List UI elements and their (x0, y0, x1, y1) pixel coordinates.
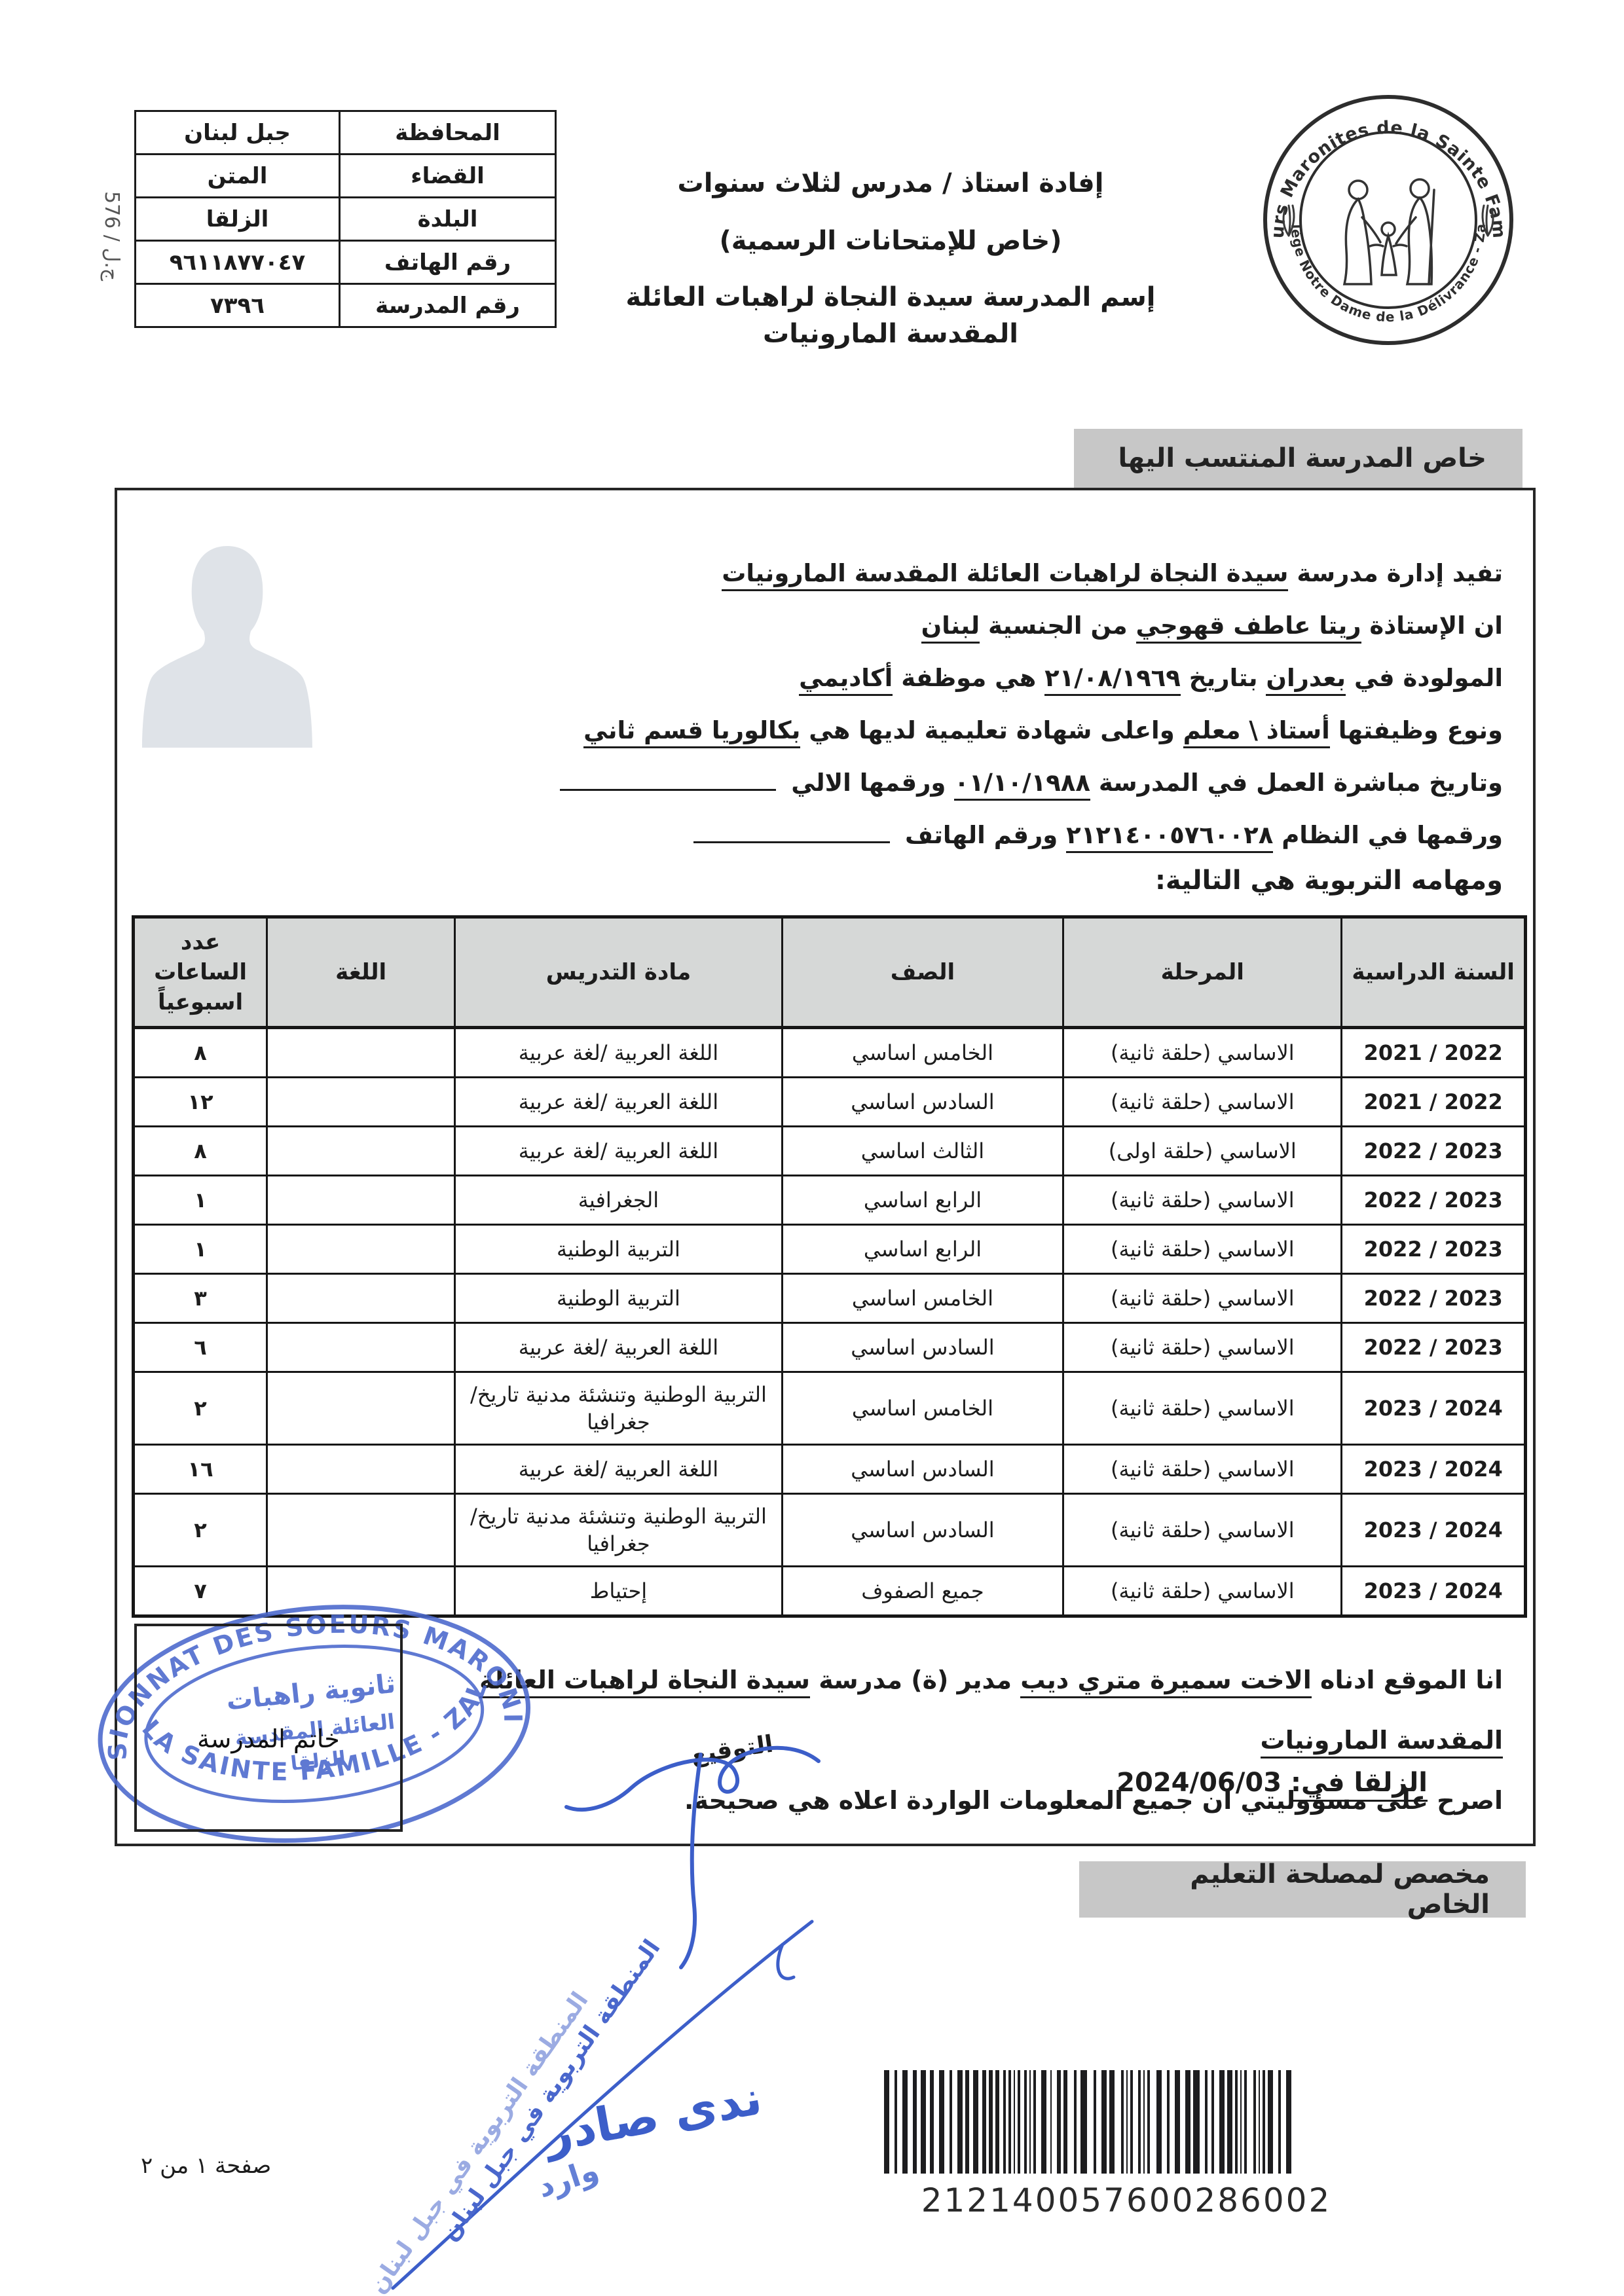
teacher-name-underlined: ريتا عاطف قهوجي (1136, 611, 1361, 644)
cell-language (267, 1274, 455, 1323)
cell-language (267, 1078, 455, 1127)
cell-subject: اللغة العربية /لغة عربية (455, 1127, 783, 1176)
statement-text: بتاريخ (1181, 664, 1266, 692)
cell-stage: الاساسي (حلقة ثانية) (1063, 1176, 1342, 1225)
date-line: الزلقا في: 2024/06/03 (1116, 1768, 1428, 1798)
cell-grade: الخامس اساسي (782, 1274, 1063, 1323)
statement-text: واعلى شهادة تعليمية لديها هي (800, 716, 1183, 744)
cell-hours: ٨ (134, 1028, 267, 1078)
cell-language (267, 1028, 455, 1078)
header-year: السنة الدراسية (1342, 917, 1526, 1028)
cell-grade: السادس اساسي (782, 1445, 1063, 1494)
date-label: الزلقا في: (1291, 1768, 1428, 1802)
cell-subject: الجغرافية (455, 1176, 783, 1225)
table-row: البلدة الزلقا (136, 198, 556, 241)
cell-stage: الاساسي (حلقة اولى) (1063, 1127, 1342, 1176)
cell-stage: الاساسي (حلقة ثانية) (1063, 1274, 1342, 1323)
cell-stage: الاساسي (حلقة ثانية) (1063, 1372, 1342, 1445)
cell-stage: الاساسي (حلقة ثانية) (1063, 1225, 1342, 1274)
seal-box: خاتم المدرسة (134, 1624, 403, 1832)
cell-grade: جميع الصفوف (782, 1567, 1063, 1616)
cell-language (267, 1176, 455, 1225)
table-row: 2022 / 2023الاساسي (حلقة ثانية)الخامس اس… (134, 1274, 1526, 1323)
cell-year: 2022 / 2023 (1342, 1323, 1526, 1372)
table-row: 2023 / 2024الاساسي (حلقة ثانية)السادس اس… (134, 1445, 1526, 1494)
cell-language (267, 1127, 455, 1176)
seal-box-label: خاتم المدرسة (137, 1724, 400, 1753)
scanned-document-page: 576 / ج.ل المحافظة جبل لبنان القضاء المت… (0, 0, 1624, 2296)
table-row: 2022 / 2023الاساسي (حلقة ثانية)السادس اس… (134, 1323, 1526, 1372)
statement-line: ونوع وظيفتها أستاذ \ معلم واعلى شهادة تع… (429, 704, 1503, 757)
barcode-bars (884, 2070, 1369, 2174)
cell-hours: ٦ (134, 1323, 267, 1372)
statement-text: ورقمها الالي (783, 769, 954, 797)
table-header-row: السنة الدراسية المرحلة الصف مادة التدريس… (134, 917, 1526, 1028)
info-label: القضاء (340, 155, 556, 198)
cell-grade: الرابع اساسي (782, 1176, 1063, 1225)
table-row: 2022 / 2023الاساسي (حلقة اولى)الثالث اسا… (134, 1127, 1526, 1176)
cell-year: 2022 / 2023 (1342, 1225, 1526, 1274)
cell-stage: الاساسي (حلقة ثانية) (1063, 1567, 1342, 1616)
cell-year: 2023 / 2024 (1342, 1445, 1526, 1494)
cell-year: 2023 / 2024 (1342, 1494, 1526, 1567)
cell-year: 2023 / 2024 (1342, 1567, 1526, 1616)
cell-subject: التربية الوطنية وتنشئة مدنية تاريخ/ جغرا… (455, 1372, 783, 1445)
statement-text: من الجنسية (980, 611, 1135, 640)
statement-line: ان الإستاذة ريتا عاطف قهوجي من الجنسية ل… (429, 600, 1503, 652)
title-line-2: (خاص للإمتحانات الرسمية) (609, 223, 1172, 259)
title-line-3: إسم المدرسة سيدة النجاة لراهبات العائلة … (609, 279, 1172, 352)
wheat-sprig-icon (1283, 206, 1493, 236)
cell-hours: ٨ (134, 1127, 267, 1176)
cell-subject: التربية الوطنية (455, 1274, 783, 1323)
principal-name-underlined: الاخت سميرة متري ديب (1020, 1666, 1312, 1698)
info-value: جبل لبنان (136, 111, 340, 155)
family-figures-icon (1344, 179, 1434, 284)
cell-grade: الخامس اساسي (782, 1028, 1063, 1078)
cell-grade: الخامس اساسي (782, 1372, 1063, 1445)
cell-hours: ١٦ (134, 1445, 267, 1494)
blank-field-line (560, 769, 776, 791)
cell-subject: اللغة العربية /لغة عربية (455, 1028, 783, 1078)
blank-field-line (693, 822, 890, 843)
job-title-underlined: أستاذ \ معلم (1183, 716, 1330, 748)
info-label: رقم المدرسة (340, 284, 556, 327)
statement-line: وتاريخ مباشرة العمل في المدرسة ٠١/١٠/١٩٨… (429, 757, 1503, 809)
cell-subject: اللغة العربية /لغة عربية (455, 1078, 783, 1127)
cell-year: 2021 / 2022 (1342, 1028, 1526, 1078)
table-row: القضاء المتن (136, 155, 556, 198)
table-row: رقم المدرسة ٧٣٩٦ (136, 284, 556, 327)
system-number-underlined: ٢١٢١٤٠٠٥٧٦٠٠٢٨ (1066, 821, 1273, 853)
duties-table: السنة الدراسية المرحلة الصف مادة التدريس… (132, 915, 1527, 1618)
table-row: المحافظة جبل لبنان (136, 111, 556, 155)
statement-text: هي موظفة (893, 664, 1044, 692)
photo-placeholder (133, 529, 322, 748)
cell-grade: السادس اساسي (782, 1323, 1063, 1372)
cell-subject: التربية الوطنية (455, 1225, 783, 1274)
person-silhouette-icon (133, 529, 322, 748)
cell-grade: الثالث اساسي (782, 1127, 1063, 1176)
birthplace-underlined: بعدران (1266, 664, 1346, 696)
cell-grade: السادس اساسي (782, 1494, 1063, 1567)
cell-language (267, 1225, 455, 1274)
table-row: 2022 / 2023الاساسي (حلقة ثانية)الرابع اس… (134, 1176, 1526, 1225)
barcode-number: 212140057600286002 (884, 2181, 1369, 2219)
header-stage: المرحلة (1063, 917, 1342, 1028)
cell-stage: الاساسي (حلقة ثانية) (1063, 1494, 1342, 1567)
svg-text:Sœurs Maronites de la Sainte F: Sœurs Maronites de la Sainte Famille (1259, 90, 1509, 240)
cell-hours: ٢ (134, 1372, 267, 1445)
header-subject: مادة التدريس (455, 917, 783, 1028)
cell-year: 2022 / 2023 (1342, 1127, 1526, 1176)
cell-subject: اللغة العربية /لغة عربية (455, 1323, 783, 1372)
cell-stage: الاساسي (حلقة ثانية) (1063, 1028, 1342, 1078)
cell-hours: ١٢ (134, 1078, 267, 1127)
statement-text: ورقم الهاتف (896, 821, 1066, 849)
cell-hours: ٣ (134, 1274, 267, 1323)
section-header-bar: خاص المدرسة المنتسب اليها (1074, 429, 1522, 488)
page-footer: صفحة ١ من ٢ (141, 2153, 271, 2179)
info-label: المحافظة (340, 111, 556, 155)
holy-family-seal-icon: Sœurs Maronites de la Sainte Famille Col… (1259, 90, 1518, 350)
title-line-1: إفادة استاذ / مدرس لثلاث سنوات (609, 165, 1172, 202)
cell-grade: السادس اساسي (782, 1078, 1063, 1127)
cell-hours: ١ (134, 1176, 267, 1225)
info-label: رقم الهاتف (340, 241, 556, 284)
table-row: رقم الهاتف ٩٦١١٨٧٧٠٤٧ (136, 241, 556, 284)
statement-line: ورقمها في النظام ٢١٢١٤٠٠٥٧٦٠٠٢٨ ورقم اله… (429, 809, 1503, 862)
cell-year: 2021 / 2022 (1342, 1078, 1526, 1127)
document-title: إفادة استاذ / مدرس لثلاث سنوات (خاص للإم… (609, 165, 1172, 352)
cell-language (267, 1494, 455, 1567)
cell-grade: الرابع اساسي (782, 1225, 1063, 1274)
barcode: 212140057600286002 (884, 2070, 1369, 2219)
cell-hours: ١ (134, 1225, 267, 1274)
margin-reference-code: 576 / ج.ل (100, 191, 123, 281)
table-row: 2022 / 2023الاساسي (حلقة ثانية)الرابع اس… (134, 1225, 1526, 1274)
cell-stage: الاساسي (حلقة ثانية) (1063, 1445, 1342, 1494)
employee-type-underlined: أكاديمي (799, 664, 893, 696)
statement-line: تفيد إدارة مدرسة سيدة النجاة لراهبات الع… (429, 547, 1503, 600)
statement-text: تفيد إدارة مدرسة (1288, 559, 1503, 587)
statement-text: ان الإستاذة (1361, 611, 1503, 640)
table-row: 2021 / 2022الاساسي (حلقة ثانية)الخامس اس… (134, 1028, 1526, 1078)
info-label: البلدة (340, 198, 556, 241)
declaration-text: مدير (ة) مدرسة (810, 1666, 1020, 1694)
cell-language (267, 1323, 455, 1372)
cell-subject: التربية الوطنية وتنشئة مدنية تاريخ/ جغرا… (455, 1494, 783, 1567)
school-name-underlined: سيدة النجاة لراهبات العائلة المقدسة الما… (722, 559, 1288, 591)
table-row: 2023 / 2024الاساسي (حلقة ثانية)السادس اس… (134, 1494, 1526, 1567)
info-value: ٩٦١١٨٧٧٠٤٧ (136, 241, 340, 284)
birthdate-underlined: ٢١/٠٨/١٩٦٩ (1044, 664, 1181, 696)
cell-year: 2022 / 2023 (1342, 1176, 1526, 1225)
info-value: المتن (136, 155, 340, 198)
school-info-table: المحافظة جبل لبنان القضاء المتن البلدة ا… (134, 110, 557, 328)
date-value: 2024/06/03 (1116, 1768, 1282, 1798)
statement-text: ورقمها في النظام (1273, 821, 1503, 849)
cell-language (267, 1372, 455, 1445)
cell-stage: الاساسي (حلقة ثانية) (1063, 1323, 1342, 1372)
principal-signature-icon (504, 1715, 845, 1977)
ministry-bar: مخصص لمصلحة التعليم الخاص (1079, 1861, 1526, 1918)
nationality-underlined: لبنان (921, 611, 980, 644)
header-hours: عدد الساعات اسبوعياً (134, 917, 267, 1028)
cell-year: 2023 / 2024 (1342, 1372, 1526, 1445)
cell-subject: اللغة العربية /لغة عربية (455, 1445, 783, 1494)
info-value: ٧٣٩٦ (136, 284, 340, 327)
cell-year: 2022 / 2023 (1342, 1274, 1526, 1323)
statement-line: المولودة في بعدران بتاريخ ٢١/٠٨/١٩٦٩ هي … (429, 652, 1503, 704)
start-date-underlined: ٠١/١٠/١٩٨٨ (954, 769, 1090, 801)
table-row: 2021 / 2022الاساسي (حلقة ثانية)السادس اس… (134, 1078, 1526, 1127)
statement-text: المولودة في (1346, 664, 1503, 692)
cell-stage: الاساسي (حلقة ثانية) (1063, 1078, 1342, 1127)
statement-paragraph: تفيد إدارة مدرسة سيدة النجاة لراهبات الع… (429, 547, 1503, 862)
header-grade: الصف (782, 917, 1063, 1028)
statement-text: وتاريخ مباشرة العمل في المدرسة (1090, 769, 1503, 797)
cell-hours: ٢ (134, 1494, 267, 1567)
cell-language (267, 1445, 455, 1494)
declaration-text: انا الموقع ادناه (1312, 1666, 1503, 1694)
info-value: الزلقا (136, 198, 340, 241)
duties-title: ومهامه التربوية هي التالية: (1155, 866, 1503, 896)
table-row: 2023 / 2024الاساسي (حلقة ثانية)الخامس اس… (134, 1372, 1526, 1445)
header-language: اللغة (267, 917, 455, 1028)
degree-underlined: بكالوريا قسم ثاني (583, 716, 800, 748)
school-logo: Sœurs Maronites de la Sainte Famille Col… (1259, 90, 1518, 350)
statement-text: ونوع وظيفتها (1330, 716, 1503, 744)
